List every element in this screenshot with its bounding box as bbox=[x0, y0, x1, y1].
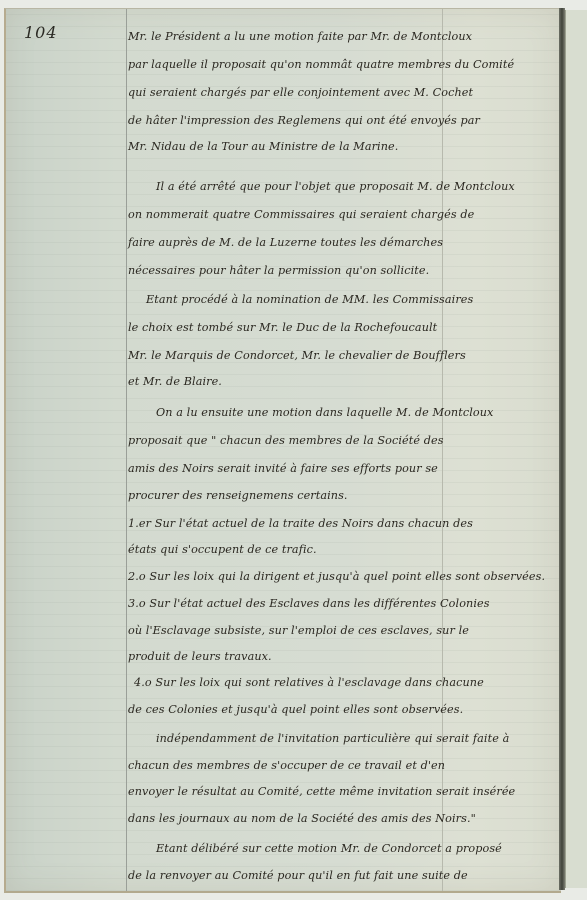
text-line: 1.er Sur l'état actuel de la traite des … bbox=[128, 517, 473, 530]
text-line: états qui s'occupent de ce trafic. bbox=[128, 543, 317, 556]
text-line: où l'Esclavage subsiste, sur l'emploi de… bbox=[128, 624, 469, 637]
text-line: et Mr. de Blaire. bbox=[128, 375, 222, 388]
text-line: de hâter l'impression des Reglemens qui … bbox=[128, 114, 480, 127]
page-number: 104 bbox=[24, 23, 58, 42]
text-line: proposait que " chacun des membres de la… bbox=[128, 434, 444, 447]
text-line: dans les journaux au nom de la Société d… bbox=[128, 812, 476, 825]
text-line: 2.o Sur les loix qui la dirigent et jusq… bbox=[128, 570, 545, 583]
text-line: On a lu ensuite une motion dans laquelle… bbox=[156, 406, 493, 419]
text-line: chacun des membres de s'occuper de ce tr… bbox=[128, 759, 445, 772]
text-line: procurer des renseignemens certains. bbox=[128, 489, 348, 502]
text-line: produit de leurs travaux. bbox=[128, 650, 272, 663]
text-line: 3.o Sur l'état actuel des Esclaves dans … bbox=[128, 597, 490, 610]
text-line: nécessaires pour hâter la permission qu'… bbox=[128, 264, 429, 277]
text-line: Etant délibéré sur cette motion Mr. de C… bbox=[156, 842, 502, 855]
text-line: faire auprès de M. de la Luzerne toutes … bbox=[128, 236, 443, 249]
text-line: Mr. le Président a lu une motion faite p… bbox=[128, 30, 472, 43]
left-margin-rule bbox=[126, 9, 127, 891]
text-line: Mr. Nidau de la Tour au Ministre de la M… bbox=[128, 140, 398, 153]
text-line: qui seraient chargés par elle conjointem… bbox=[128, 86, 473, 99]
text-line: 4.o Sur les loix qui sont relatives à l'… bbox=[134, 676, 484, 689]
text-line: on nommerait quatre Commissaires qui ser… bbox=[128, 208, 474, 221]
text-line: amis des Noirs serait invité à faire ses… bbox=[128, 462, 438, 475]
text-line: Mr. le Marquis de Condorcet, Mr. le chev… bbox=[128, 349, 466, 362]
facing-page-edge bbox=[565, 10, 587, 888]
text-line: de ces Colonies et jusqu'à quel point el… bbox=[128, 703, 463, 716]
text-line: le choix est tombé sur Mr. le Duc de la … bbox=[128, 321, 437, 334]
text-line: envoyer le résultat au Comité, cette mêm… bbox=[128, 785, 515, 798]
text-line: indépendamment de l'invitation particuli… bbox=[156, 732, 509, 745]
text-line: de la renvoyer au Comité pour qu'il en f… bbox=[128, 869, 468, 882]
text-line: Il a été arrêté que pour l'objet que pro… bbox=[156, 180, 515, 193]
text-line: par laquelle il proposait qu'on nommât q… bbox=[128, 58, 514, 71]
text-line: Etant procédé à la nomination de MM. les… bbox=[146, 293, 473, 306]
